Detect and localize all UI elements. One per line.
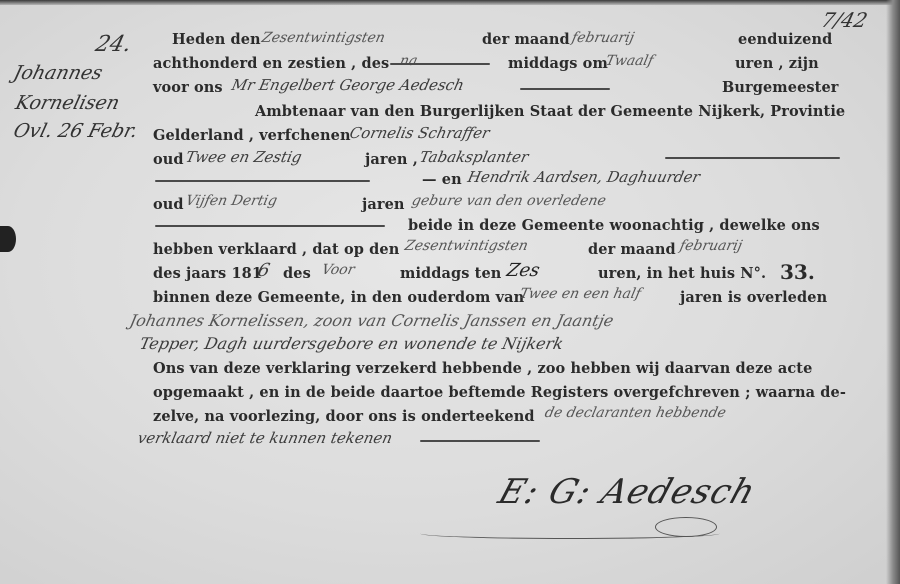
page-top-edge-shadow [0,0,900,5]
printed-text: Ambtenaar van den Burgerlijken Staat der… [255,103,845,120]
printed-text: der maand [588,241,676,258]
handwritten-mayor-name: Mr Engelbert George Aedesch [230,76,466,94]
blank-line [390,63,490,65]
handwritten-declarant-note: de declaranten hebbende [543,405,727,421]
margin-name-last: Kornelisen [13,92,122,114]
signature-flourish-loop [655,517,717,537]
printed-text: uren , zijn [735,55,819,72]
handwritten-relation: gebure van den overledene [410,193,607,209]
printed-text: beide in deze Gemeente woonachtig , dewe… [408,217,820,234]
handwritten-death-day: Zesentwintigsten [403,238,529,254]
margin-name-first: Johannes [11,62,105,84]
printed-text: jaren , [365,151,418,168]
printed-text: — en [422,171,462,188]
handwritten-period: na [398,53,419,69]
handwritten-declarant-note-cont: verklaard niet te kunnen tekenen [136,429,394,447]
handwritten-house-number: 33. [780,260,815,284]
printed-text: der maand [482,31,570,48]
printed-text: middags ten [400,265,501,282]
handwritten-age-deceased: Twee en een half [518,286,642,302]
printed-text: jaren is overleden [680,289,827,306]
printed-text: binnen deze Gemeente, in den ouderdom va… [153,289,524,306]
blank-line [155,225,385,227]
printed-text: achthonderd en zestien , des [153,55,389,72]
handwritten-deceased-details: Tepper, Dagh uurdersgebore en wonende te… [138,334,565,353]
printed-text: zelve, na voorlezing, door ons is ondert… [153,408,535,425]
printed-text: voor ons [153,79,223,96]
act-number: 24. [93,32,134,57]
printed-text: Gelderland , verfchenen [153,127,351,144]
page-binding-shadow [886,0,900,584]
margin-death-date: Ovl. 26 Febr. [11,120,140,142]
printed-text: eenduizend [738,31,832,48]
printed-text: jaren [362,196,405,213]
handwritten-deceased-name: Johannes Kornelissen, zoon van Cornelis … [128,311,615,330]
mayor-signature: E: G: Aedesch [494,472,761,512]
printed-text: Heden den [172,31,261,48]
handwritten-death-month: februarij [678,238,743,254]
handwritten-declarant-1: Cornelis Schraffer [348,124,491,142]
printed-text: des [283,265,311,282]
handwritten-age-2: Vijfen Dertig [184,193,278,209]
handwritten-declarant-2: Hendrik Aardsen, Daghuurder [466,168,702,186]
printed-text: hebben verklaard , dat op den [153,241,399,258]
printed-text: middags om [508,55,608,72]
handwritten-age-1: Twee en Zestig [184,148,303,166]
blank-line [420,440,540,442]
handwritten-death-hour: Zes [505,260,542,281]
printed-text: Ons van deze verklaring verzekerd hebben… [153,360,812,377]
printed-text: des jaars 181 [153,265,262,282]
handwritten-year-digit: 6 [256,260,272,281]
handwritten-occupation-1: Tabaksplanter [418,148,530,166]
blank-line [665,157,840,159]
printed-text: uren, in het huis N°. [598,265,766,282]
handwritten-day: Zesentwintigsten [260,30,386,46]
blank-line [155,180,370,182]
printed-text: oud [153,151,184,168]
blank-line [520,88,610,90]
printed-text: oud [153,196,184,213]
handwritten-month: februarij [570,30,635,46]
handwritten-period: Voor [320,262,356,278]
printed-text: opgemaakt , en in de beide daartoe befte… [153,384,846,401]
folio-number: 7/42 [819,8,870,32]
printed-text: Burgemeester [722,79,839,96]
scanned-document-page: 7/42 24. Johannes Kornelisen Ovl. 26 Feb… [0,0,900,584]
ink-blot [0,226,16,252]
handwritten-hour: Twaalf [604,53,655,69]
